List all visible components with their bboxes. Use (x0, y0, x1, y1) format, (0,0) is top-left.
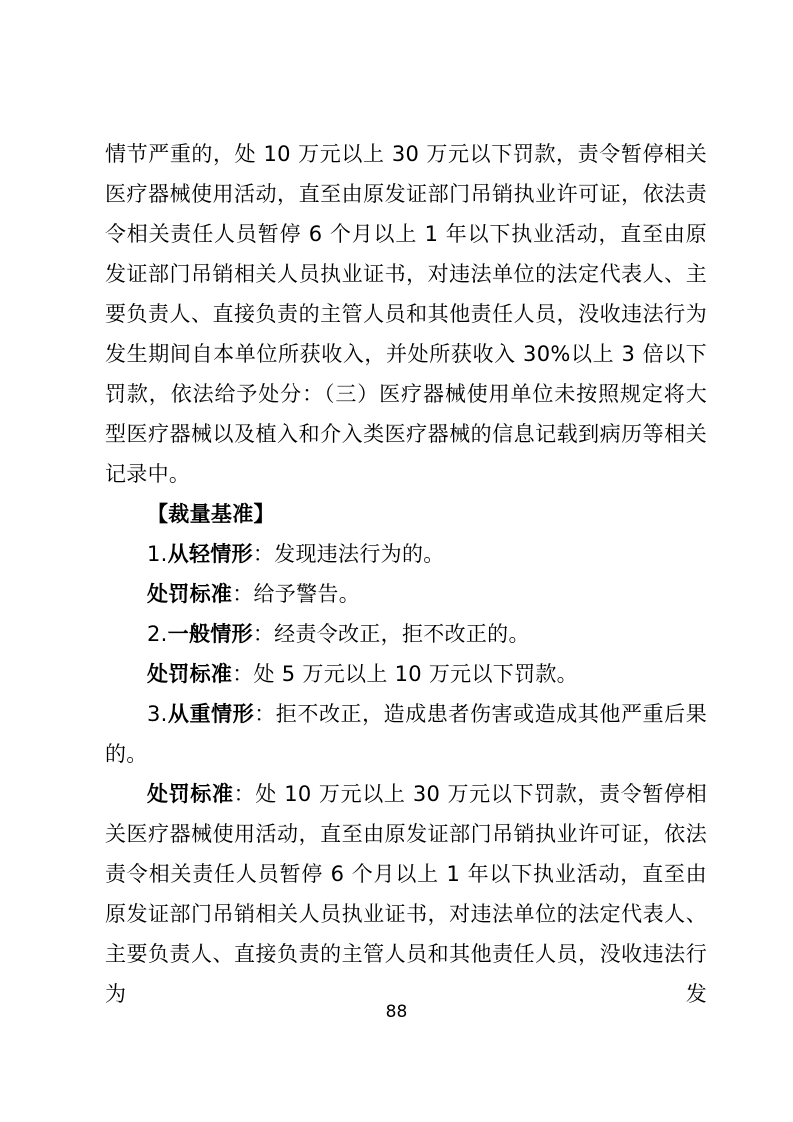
paragraph-p3-item1: 1.从轻情形：发现违法行为的。 (105, 534, 707, 574)
text-segment-bold: 处罚标准 (147, 582, 232, 606)
text-segment: ：发现违法行为的。 (253, 542, 445, 566)
paragraph-p8-item3-standard: 处罚标准：处 10 万元以上 30 万元以下罚款，责令暂停相关医疗器械使用活动，… (105, 774, 707, 1014)
paragraph-p5-item2: 2.一般情形：经责令改正，拒不改正的。 (105, 614, 707, 654)
text-segment: ：处 10 万元以上 30 万元以下罚款，责令暂停相关医疗器械使用活动，直至由原… (105, 782, 707, 1006)
document-body: 情节严重的，处 10 万元以上 30 万元以下罚款，责令暂停相关医疗器械使用活动… (105, 134, 707, 1014)
text-segment-bold: 处罚标准 (147, 662, 232, 686)
text-segment: ：处 5 万元以上 10 万元以下罚款。 (232, 662, 578, 686)
text-segment-bold: 从轻情形 (168, 542, 253, 566)
text-segment: ：经责令改正，拒不改正的。 (253, 622, 530, 646)
text-segment-bold: 一般情形 (168, 622, 253, 646)
text-segment: 1. (147, 542, 168, 566)
text-segment-bold: 【裁量基准】 (147, 502, 275, 526)
text-segment: 2. (147, 622, 168, 646)
text-segment: ：给予警告。 (232, 582, 360, 606)
text-segment-bold: 处罚标准 (147, 782, 234, 806)
text-segment: 情节严重的，处 10 万元以上 30 万元以下罚款，责令暂停相关医疗器械使用活动… (105, 142, 707, 486)
paragraph-p2-section-heading: 【裁量基准】 (105, 494, 707, 534)
text-segment: 3. (147, 702, 168, 726)
paragraph-p6-item2-standard: 处罚标准：处 5 万元以上 10 万元以下罚款。 (105, 654, 707, 694)
page-number: 88 (0, 1002, 793, 1022)
document-page: 情节严重的，处 10 万元以上 30 万元以下罚款，责令暂停相关医疗器械使用活动… (0, 0, 793, 1122)
paragraph-p4-item1-standard: 处罚标准：给予警告。 (105, 574, 707, 614)
text-segment-bold: 从重情形 (168, 702, 255, 726)
paragraph-p7-item3: 3.从重情形：拒不改正，造成患者伤害或造成其他严重后果的。 (105, 694, 707, 774)
paragraph-p1-continuation: 情节严重的，处 10 万元以上 30 万元以下罚款，责令暂停相关医疗器械使用活动… (105, 134, 707, 494)
